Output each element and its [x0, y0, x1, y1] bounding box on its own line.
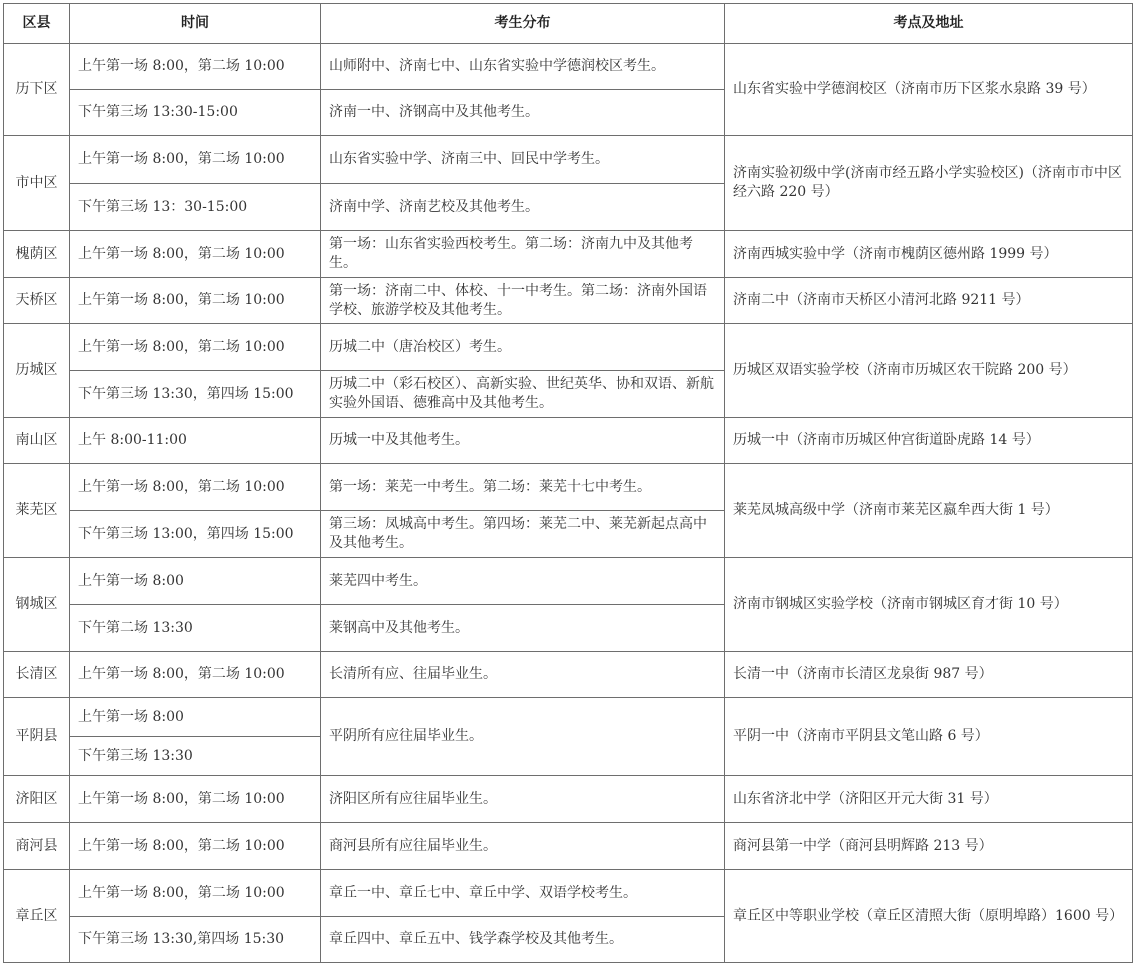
students-cell: 长清所有应、往届毕业生。: [321, 652, 725, 698]
time-cell: 上午第一场 8:00，第二场 10:00: [70, 44, 321, 90]
students-cell: 济南中学、济南艺校及其他考生。: [321, 184, 725, 231]
district-cell: 钢城区: [4, 558, 70, 652]
venue-cell: 山东省济北中学（济阳区开元大街 31 号）: [725, 776, 1133, 823]
students-cell: 莱钢高中及其他考生。: [321, 605, 725, 652]
time-cell: 上午第一场 8:00: [70, 558, 321, 605]
students-cell: 第一场：济南二中、体校、十一中考生。第二场：济南外国语学校、旅游学校及其他考生。: [321, 278, 725, 324]
table-row: 槐荫区上午第一场 8:00，第二场 10:00第一场：山东省实验西校考生。第二场…: [4, 231, 1133, 278]
time-cell: 上午第一场 8:00，第二场 10:00: [70, 231, 321, 278]
venue-cell: 平阴一中（济南市平阴县文笔山路 6 号）: [725, 698, 1133, 776]
students-cell: 历城二中（彩石校区）、高新实验、世纪英华、协和双语、新航实验外国语、德雅高中及其…: [321, 371, 725, 418]
time-cell: 上午第一场 8:00: [70, 698, 321, 737]
district-cell: 历下区: [4, 44, 70, 136]
district-cell: 莱芜区: [4, 464, 70, 558]
students-cell: 章丘四中、章丘五中、钱学森学校及其他考生。: [321, 917, 725, 963]
time-cell: 上午第一场 8:00，第二场 10:00: [70, 652, 321, 698]
venue-cell: 济南西城实验中学（济南市槐荫区德州路 1999 号）: [725, 231, 1133, 278]
venue-cell: 济南市钢城区实验学校（济南市钢城区育才街 10 号）: [725, 558, 1133, 652]
table-row: 钢城区上午第一场 8:00莱芜四中考生。济南市钢城区实验学校（济南市钢城区育才街…: [4, 558, 1133, 605]
students-cell: 第一场：莱芜一中考生。第二场：莱芜十七中考生。: [321, 464, 725, 511]
table-body: 历下区上午第一场 8:00，第二场 10:00山师附中、济南七中、山东省实验中学…: [4, 44, 1133, 963]
table-row: 长清区上午第一场 8:00，第二场 10:00长清所有应、往届毕业生。长清一中（…: [4, 652, 1133, 698]
time-cell: 下午第三场 13:30,第四场 15:30: [70, 917, 321, 963]
students-cell: 莱芜四中考生。: [321, 558, 725, 605]
table-row: 平阴县上午第一场 8:00平阴所有应往届毕业生。平阴一中（济南市平阴县文笔山路 …: [4, 698, 1133, 737]
time-cell: 上午 8:00-11:00: [70, 418, 321, 464]
district-cell: 章丘区: [4, 870, 70, 963]
venue-cell: 莱芜凤城高级中学（济南市莱芜区嬴牟西大街 1 号）: [725, 464, 1133, 558]
venue-cell: 山东省实验中学德润校区（济南市历下区浆水泉路 39 号）: [725, 44, 1133, 136]
district-cell: 平阴县: [4, 698, 70, 776]
time-cell: 下午第三场 13:30-15:00: [70, 90, 321, 136]
header-venue: 考点及地址: [725, 4, 1133, 44]
table-row: 商河县上午第一场 8:00，第二场 10:00商河县所有应往届毕业生。商河县第一…: [4, 823, 1133, 870]
table-row: 济阳区上午第一场 8:00，第二场 10:00济阳区所有应往届毕业生。山东省济北…: [4, 776, 1133, 823]
district-cell: 天桥区: [4, 278, 70, 324]
students-cell: 济南一中、济钢高中及其他考生。: [321, 90, 725, 136]
time-cell: 上午第一场 8:00，第二场 10:00: [70, 776, 321, 823]
venue-cell: 济南二中（济南市天桥区小清河北路 9211 号）: [725, 278, 1133, 324]
table-row: 历下区上午第一场 8:00，第二场 10:00山师附中、济南七中、山东省实验中学…: [4, 44, 1133, 90]
district-cell: 槐荫区: [4, 231, 70, 278]
venue-cell: 章丘区中等职业学校（章丘区清照大街（原明埠路）1600 号）: [725, 870, 1133, 963]
district-cell: 商河县: [4, 823, 70, 870]
time-cell: 上午第一场 8:00，第二场 10:00: [70, 278, 321, 324]
time-cell: 上午第一场 8:00，第二场 10:00: [70, 823, 321, 870]
time-cell: 下午第三场 13：30-15:00: [70, 184, 321, 231]
venue-cell: 历城一中（济南市历城区仲宫街道卧虎路 14 号）: [725, 418, 1133, 464]
students-cell: 山东省实验中学、济南三中、回民中学考生。: [321, 136, 725, 184]
table-row: 市中区上午第一场 8:00，第二场 10:00山东省实验中学、济南三中、回民中学…: [4, 136, 1133, 184]
header-row: 区县 时间 考生分布 考点及地址: [4, 4, 1133, 44]
district-cell: 南山区: [4, 418, 70, 464]
table-row: 历城区上午第一场 8:00，第二场 10:00历城二中（唐冶校区）考生。历城区双…: [4, 324, 1133, 371]
table-row: 章丘区上午第一场 8:00，第二场 10:00章丘一中、章丘七中、章丘中学、双语…: [4, 870, 1133, 917]
time-cell: 上午第一场 8:00，第二场 10:00: [70, 464, 321, 511]
table-row: 天桥区上午第一场 8:00，第二场 10:00第一场：济南二中、体校、十一中考生…: [4, 278, 1133, 324]
time-cell: 上午第一场 8:00，第二场 10:00: [70, 136, 321, 184]
district-cell: 市中区: [4, 136, 70, 231]
time-cell: 上午第一场 8:00，第二场 10:00: [70, 870, 321, 917]
students-cell: 历城二中（唐冶校区）考生。: [321, 324, 725, 371]
students-cell: 章丘一中、章丘七中、章丘中学、双语学校考生。: [321, 870, 725, 917]
time-cell: 下午第三场 13:00，第四场 15:00: [70, 511, 321, 558]
table-row: 莱芜区上午第一场 8:00，第二场 10:00第一场：莱芜一中考生。第二场：莱芜…: [4, 464, 1133, 511]
time-cell: 下午第三场 13:30，第四场 15:00: [70, 371, 321, 418]
students-cell: 商河县所有应往届毕业生。: [321, 823, 725, 870]
venue-cell: 商河县第一中学（商河县明辉路 213 号）: [725, 823, 1133, 870]
time-cell: 下午第三场 13:30: [70, 737, 321, 776]
time-cell: 下午第二场 13:30: [70, 605, 321, 652]
table-row: 南山区上午 8:00-11:00历城一中及其他考生。历城一中（济南市历城区仲宫街…: [4, 418, 1133, 464]
venue-cell: 历城区双语实验学校（济南市历城区农干院路 200 号）: [725, 324, 1133, 418]
exam-venue-table: 区县 时间 考生分布 考点及地址 历下区上午第一场 8:00，第二场 10:00…: [3, 3, 1133, 963]
header-time: 时间: [70, 4, 321, 44]
students-cell: 山师附中、济南七中、山东省实验中学德润校区考生。: [321, 44, 725, 90]
students-cell: 第一场：山东省实验西校考生。第二场：济南九中及其他考生。: [321, 231, 725, 278]
venue-cell: 长清一中（济南市长清区龙泉街 987 号）: [725, 652, 1133, 698]
time-cell: 上午第一场 8:00，第二场 10:00: [70, 324, 321, 371]
students-cell: 第三场：凤城高中考生。第四场：莱芜二中、莱芜新起点高中及其他考生。: [321, 511, 725, 558]
header-district: 区县: [4, 4, 70, 44]
header-students: 考生分布: [321, 4, 725, 44]
district-cell: 历城区: [4, 324, 70, 418]
venue-cell: 济南实验初级中学(济南市经五路小学实验校区)（济南市市中区经六路 220 号）: [725, 136, 1133, 231]
students-cell: 历城一中及其他考生。: [321, 418, 725, 464]
district-cell: 长清区: [4, 652, 70, 698]
students-cell: 济阳区所有应往届毕业生。: [321, 776, 725, 823]
students-cell: 平阴所有应往届毕业生。: [321, 698, 725, 776]
district-cell: 济阳区: [4, 776, 70, 823]
